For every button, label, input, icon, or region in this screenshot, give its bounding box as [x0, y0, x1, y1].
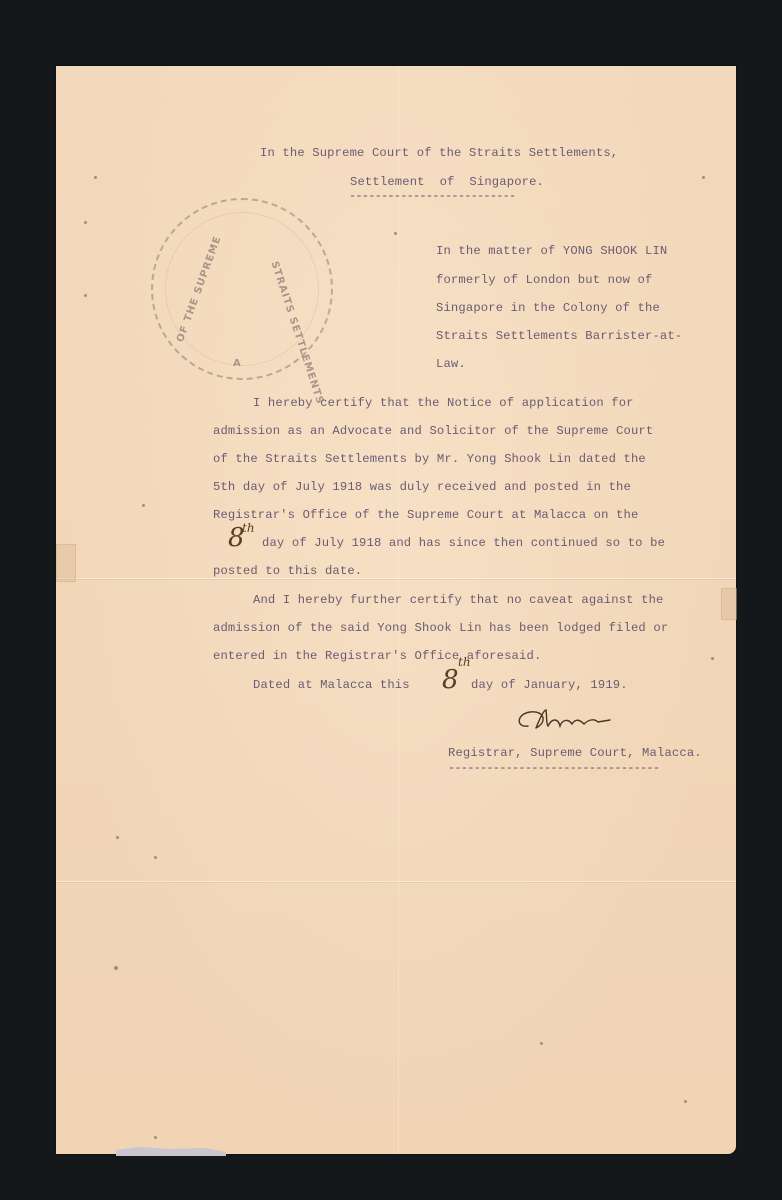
paper-tear — [116, 1146, 226, 1156]
matter-line-5: Law. — [436, 358, 466, 370]
registrar-underline: --------------------------------- — [448, 762, 659, 774]
handwritten-day-2: 8 — [442, 667, 459, 693]
paragraph1-line-5: Registrar's Office of the Supreme Court … — [213, 509, 638, 521]
document-page: STRAITS SETTLEMENTS OF THE SUPREME A In … — [56, 66, 736, 1154]
paragraph2-line-1: And I hereby further certify that no cav… — [253, 594, 664, 606]
fold-line — [398, 66, 399, 1154]
matter-line-1: In the matter of YONG SHOOK LIN — [436, 245, 667, 257]
paper-speck — [116, 836, 119, 839]
paper-speck — [154, 1136, 157, 1139]
matter-line-2: formerly of London but now of — [436, 274, 652, 286]
registrar-signature — [514, 704, 634, 740]
heading-line-2: Settlement of Singapore. — [350, 176, 544, 188]
paragraph2-line-3: entered in the Registrar's Office afores… — [213, 650, 541, 662]
paper-speck — [84, 221, 87, 224]
matter-line-4: Straits Settlements Barrister-at- — [436, 330, 682, 342]
paper-speck — [702, 176, 705, 179]
heading-underline: -------------------------- — [349, 190, 515, 202]
court-seal-stamp: STRAITS SETTLEMENTS OF THE SUPREME A — [151, 198, 333, 380]
stamp-text-bottom: A — [233, 358, 242, 369]
tape-remnant — [721, 588, 737, 620]
paragraph1-line-2: admission as an Advocate and Solicitor o… — [213, 425, 653, 437]
dated-prefix: Dated at Malacca this — [253, 679, 410, 691]
paragraph1-line-7: posted to this date. — [213, 565, 362, 577]
paper-speck — [711, 657, 714, 660]
tape-remnant — [56, 544, 76, 582]
registrar-title: Registrar, Supreme Court, Malacca. — [448, 747, 702, 759]
paper-speck — [94, 176, 97, 179]
fold-line — [56, 881, 736, 882]
fold-line — [56, 578, 736, 579]
matter-line-3: Singapore in the Colony of the — [436, 302, 660, 314]
paragraph1-line-3: of the Straits Settlements by Mr. Yong S… — [213, 453, 646, 465]
handwritten-suffix-2: th — [458, 656, 471, 668]
paper-speck — [540, 1042, 543, 1045]
heading-line-1: In the Supreme Court of the Straits Sett… — [260, 147, 618, 159]
paragraph1-line-4: 5th day of July 1918 was duly received a… — [213, 481, 631, 493]
paragraph1-line-1: I hereby certify that the Notice of appl… — [253, 397, 634, 409]
paper-speck — [154, 856, 157, 859]
paragraph2-line-2: admission of the said Yong Shook Lin has… — [213, 622, 668, 634]
paper-speck — [142, 504, 145, 507]
dated-suffix: day of January, 1919. — [471, 679, 628, 691]
paper-speck — [684, 1100, 687, 1103]
paper-speck — [114, 966, 118, 970]
paper-speck — [84, 294, 87, 297]
paper-speck — [394, 232, 397, 235]
paragraph1-line-6: day of July 1918 and has since then cont… — [262, 537, 665, 549]
handwritten-suffix-1: th — [242, 522, 255, 534]
